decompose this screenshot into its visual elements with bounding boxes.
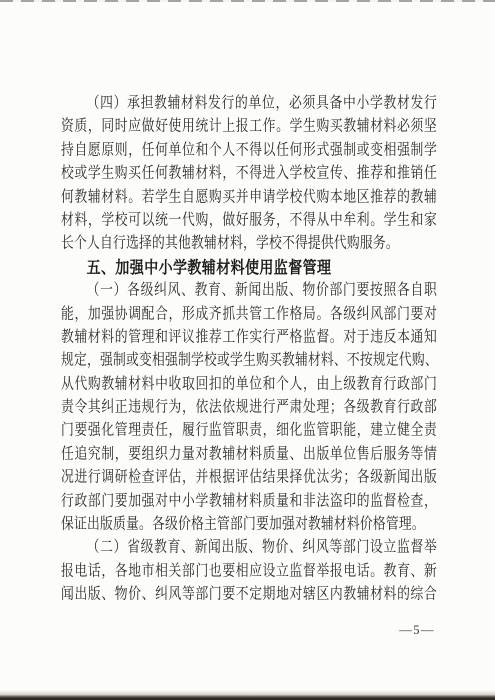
scan-bottom-edge-artifact [0, 690, 495, 700]
paragraph-item-4: （四）承担教辅材料发行的单位，必须具备中小学教材发行资质，同时应做好使用统计上报… [61, 92, 437, 256]
text-line: 闻出版、物价、纠风等部门要不定期地对辖区内教辅材料的综合 [61, 581, 437, 610]
paragraph-item-1: （一）各级纠风、教育、新闻出版、物价部门要按照各自职能，加强协调配合，形成齐抓共… [61, 279, 437, 536]
document-page: （四）承担教辅材料发行的单位，必须具备中小学教材发行资质，同时应做好使用统计上报… [0, 0, 495, 700]
page-number: —5— [399, 622, 435, 638]
document-body: （四）承担教辅材料发行的单位，必须具备中小学教材发行资质，同时应做好使用统计上报… [61, 92, 437, 607]
scan-top-edge-artifact [0, 0, 495, 2]
paragraph-item-2: （二）省级教育、新闻出版、物价、纠风等部门设立监督举报电话，各地市相关部门也要相… [61, 536, 437, 606]
